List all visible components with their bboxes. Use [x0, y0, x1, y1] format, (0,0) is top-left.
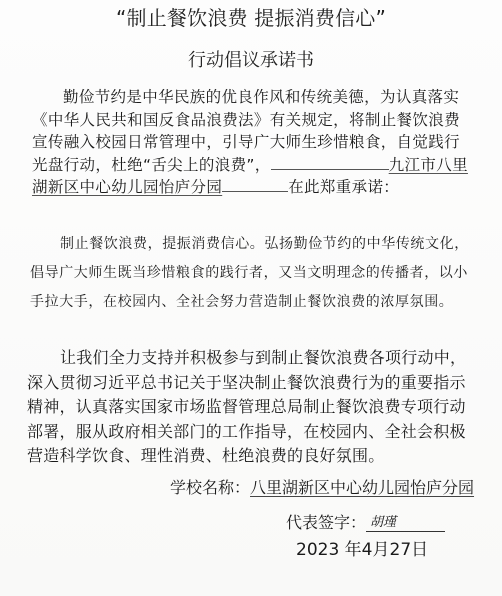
date-year: 2023 [296, 540, 339, 560]
paragraph-call-to-action: 让我们全力支持并积极参与到制止餐饮浪费各项行动中，深入贯彻习近平总书记关于坚决制… [27, 346, 473, 469]
paragraph-intro-text-c: 在此郑重承诺： [288, 178, 399, 196]
date-month: 4 [362, 540, 373, 560]
paragraph-intro-text-a: 勤俭节约是中华民族的优良作风和传统美德，为认真落实 [63, 88, 459, 106]
school-name-line: 学校名称：八里湖新区中心幼儿园怡庐分园 [170, 476, 474, 500]
commitment-letter-page: “制止餐饮浪费 提振消费信心” 行动倡议承诺书 勤俭节约是中华民族的优良作风和传… [0, 0, 502, 596]
handwritten-signature: 胡瑾 [366, 515, 445, 532]
date-day-unit: 日 [411, 540, 428, 560]
school-name-label: 学校名称： [170, 478, 250, 497]
representative-signature-line: 代表签字：胡瑾 [286, 511, 445, 535]
paragraph-intro: 勤俭节约是中华民族的优良作风和传统美德，为认真落实《中华人民共和国反食品浪费法》… [32, 86, 470, 199]
signature-label: 代表签字： [286, 513, 366, 532]
signing-date: 2023 年4月27日 [296, 538, 428, 562]
date-year-unit: 年 [345, 540, 362, 560]
school-name-value: 八里湖新区中心幼儿园怡庐分园 [250, 478, 474, 497]
blank-underline [222, 177, 288, 192]
blank-underline [271, 155, 389, 170]
document-subtitle: 行动倡议承诺书 [0, 48, 502, 74]
date-month-unit: 月 [373, 540, 390, 560]
document-title: “制止餐饮浪费 提振消费信心” [0, 4, 502, 32]
date-day: 27 [390, 540, 412, 560]
paragraph-commitment: 制止餐饮浪费，提振消费信心。弘扬勤俭节约的中华传统文化，倡导广大师生既当珍惜粮食… [30, 230, 470, 317]
